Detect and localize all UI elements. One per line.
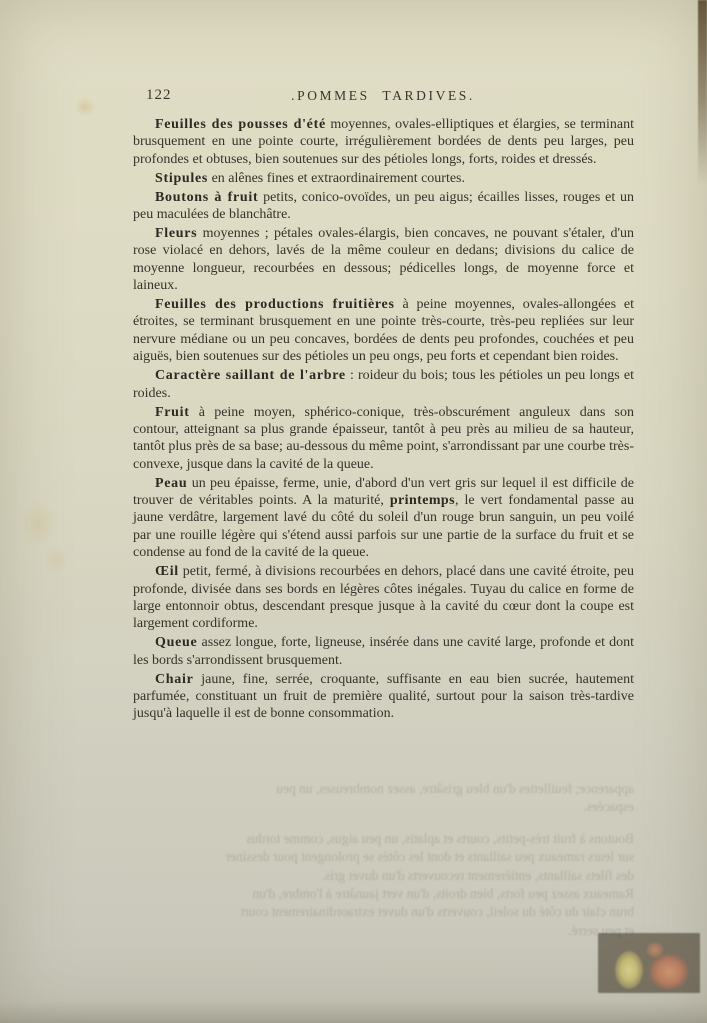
paragraph: Feuilles des pousses d'été moyennes, ova… (133, 116, 634, 168)
paragraph-lead: Stipules (155, 171, 208, 186)
apples-photo-watermark (598, 933, 700, 993)
bleed-through-line: apparence; feuillettes d'un bleu grisâtr… (118, 780, 634, 798)
paragraph-text: à peine moyen, sphérico-conique, très-ob… (133, 405, 634, 472)
paragraph-text: petit, fermé, à divisions recourbées en … (133, 564, 634, 631)
bleed-through-line: et peu serré. (118, 922, 634, 940)
paragraph-lead: Peau (155, 476, 187, 491)
paper-stain (70, 94, 100, 120)
paragraph: Stipules en alênes fines et extraordinai… (133, 170, 634, 187)
paragraph: Feuilles des productions fruitières à pe… (133, 296, 634, 366)
paragraph-text: moyennes ; pétales ovales-élargis, bien … (133, 226, 634, 293)
paragraph-lead: Feuilles des pousses d'été (155, 117, 326, 132)
paragraph: Caractère saillant de l'arbre : roideur … (133, 367, 634, 402)
paragraph: Peau un peu épaisse, ferme, unie, d'abor… (133, 475, 634, 562)
paragraph-lead: Feuilles des productions fruitières (155, 297, 395, 312)
bleed-through-line: des filets saillants, entièrement recouv… (118, 867, 634, 885)
bleed-through-line: Boutons à fruit très-petits, courts et a… (118, 830, 634, 848)
paragraph: Œil petit, fermé, à divisions recourbées… (133, 563, 634, 633)
page-edge-shadow (698, 0, 707, 185)
paragraph-lead: Fruit (155, 405, 190, 420)
bleed-through-line: Rameaux assez peu forts, bien droits, d'… (118, 885, 634, 903)
bold-inline-word: printemps (390, 493, 455, 508)
paragraph: Queue assez longue, forte, ligneuse, ins… (133, 634, 634, 669)
bottom-edge-shade (0, 1001, 707, 1023)
paragraph: Fleurs moyennes ; pétales ovales-élargis… (133, 225, 634, 295)
paragraph-lead: Queue (155, 635, 197, 650)
paragraph-lead: Boutons à fruit (155, 190, 258, 205)
paragraph-lead: Fleurs (155, 226, 197, 241)
bleed-through-line: brun clair du côté du soleil, couverts d… (118, 903, 634, 921)
bleed-through-line: sur leurs rameaux peu saillants et dont … (118, 848, 634, 866)
paragraph: Chair jaune, fine, serrée, croquante, su… (133, 671, 634, 723)
paragraph-lead: Caractère saillant de l'arbre (155, 368, 346, 383)
header-title: .POMMES TARDIVES. (133, 88, 633, 104)
paragraph-text: assez longue, forte, ligneuse, insérée d… (133, 635, 634, 667)
paper-stain (40, 540, 74, 580)
paragraph-text: en alênes fines et extraordinairement co… (208, 171, 465, 186)
paragraph-text: jaune, fine, serrée, croquante, suffisan… (133, 672, 634, 722)
bleed-through-block: apparence; feuillettes d'un bleu grisâtr… (118, 780, 634, 940)
paragraph-lead: Œil (155, 564, 179, 579)
paper-stain (16, 492, 62, 556)
text-block: Feuilles des pousses d'été moyennes, ova… (133, 116, 634, 724)
paragraph: Fruit à peine moyen, sphérico-conique, t… (133, 404, 634, 474)
book-page: 122 .POMMES TARDIVES. Feuilles des pouss… (0, 0, 707, 1023)
paragraph: Boutons à fruit petits, conico-ovoïdes, … (133, 189, 634, 224)
bleed-through-line: espacées. (118, 798, 634, 816)
paragraph-lead: Chair (155, 672, 194, 687)
